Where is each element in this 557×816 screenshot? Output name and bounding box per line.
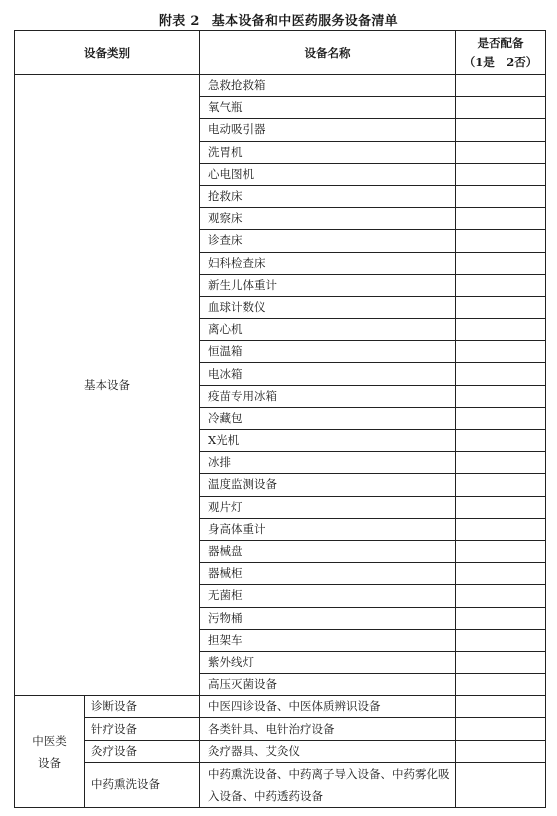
configured-cell[interactable] xyxy=(456,674,546,696)
title-text: 基本设备和中医药服务设备清单 xyxy=(212,14,398,29)
configured-cell[interactable] xyxy=(456,718,546,740)
configured-cell[interactable] xyxy=(456,762,546,807)
configured-cell[interactable] xyxy=(456,452,546,474)
equipment-name: 污物桶 xyxy=(200,607,456,629)
configured-cell[interactable] xyxy=(456,474,546,496)
configured-cell[interactable] xyxy=(456,629,546,651)
configured-cell[interactable] xyxy=(456,430,546,452)
equipment-table: 设备类别 设备名称 是否配备 （1是 2否） 基本设备急救抢救箱氧气瓶电动吸引器… xyxy=(14,30,546,808)
configured-cell[interactable] xyxy=(456,319,546,341)
configured-cell[interactable] xyxy=(456,385,546,407)
equipment-name: 器械柜 xyxy=(200,563,456,585)
configured-cell[interactable] xyxy=(456,363,546,385)
header-name: 设备名称 xyxy=(200,31,456,75)
title-prefix: 附表 2 xyxy=(159,14,200,29)
equipment-name: 冰排 xyxy=(200,452,456,474)
configured-cell[interactable] xyxy=(456,274,546,296)
equipment-name: 紫外线灯 xyxy=(200,651,456,673)
equipment-name: 电动吸引器 xyxy=(200,119,456,141)
configured-cell[interactable] xyxy=(456,75,546,97)
subcategory: 灸疗设备 xyxy=(85,740,200,762)
equipment-name: 冷藏包 xyxy=(200,407,456,429)
equipment-name: 妇科检查床 xyxy=(200,252,456,274)
equipment-name: 洗胃机 xyxy=(200,141,456,163)
configured-cell[interactable] xyxy=(456,230,546,252)
table-row: 中医类设备诊断设备中医四诊设备、中医体质辨识设备 xyxy=(15,696,546,718)
configured-cell[interactable] xyxy=(456,296,546,318)
header-configured-line2: （1是 2否） xyxy=(456,53,545,72)
subcategory: 诊断设备 xyxy=(85,696,200,718)
configured-cell[interactable] xyxy=(456,119,546,141)
page-title: 附表 2基本设备和中医药服务设备清单 xyxy=(0,10,557,29)
equipment-name: X光机 xyxy=(200,430,456,452)
configured-cell[interactable] xyxy=(456,696,546,718)
header-category: 设备类别 xyxy=(15,31,200,75)
table-row: 基本设备急救抢救箱 xyxy=(15,75,546,97)
equipment-name: 器械盘 xyxy=(200,540,456,562)
equipment-name: 中药熏洗设备、中药离子导入设备、中药雾化吸入设备、中药透药设备 xyxy=(200,762,456,807)
equipment-name: 身高体重计 xyxy=(200,518,456,540)
equipment-name: 高压灭菌设备 xyxy=(200,674,456,696)
equipment-name: 抢救床 xyxy=(200,185,456,207)
configured-cell[interactable] xyxy=(456,141,546,163)
configured-cell[interactable] xyxy=(456,740,546,762)
header-configured: 是否配备 （1是 2否） xyxy=(456,31,546,75)
configured-cell[interactable] xyxy=(456,540,546,562)
header-row: 设备类别 设备名称 是否配备 （1是 2否） xyxy=(15,31,546,75)
equipment-name: 血球计数仪 xyxy=(200,296,456,318)
configured-cell[interactable] xyxy=(456,208,546,230)
category-tcm-line2: 设备 xyxy=(15,752,84,774)
equipment-name: 氧气瓶 xyxy=(200,97,456,119)
table-row: 针疗设备各类针具、电针治疗设备 xyxy=(15,718,546,740)
category-tcm-line1: 中医类 xyxy=(15,730,84,752)
equipment-name: 诊查床 xyxy=(200,230,456,252)
equipment-name: 各类针具、电针治疗设备 xyxy=(200,718,456,740)
equipment-name: 离心机 xyxy=(200,319,456,341)
category-basic: 基本设备 xyxy=(15,75,200,696)
category-tcm: 中医类设备 xyxy=(15,696,85,808)
equipment-name: 中医四诊设备、中医体质辨识设备 xyxy=(200,696,456,718)
equipment-name: 温度监测设备 xyxy=(200,474,456,496)
equipment-name: 灸疗器具、艾灸仪 xyxy=(200,740,456,762)
configured-cell[interactable] xyxy=(456,252,546,274)
configured-cell[interactable] xyxy=(456,341,546,363)
equipment-name: 无菌柜 xyxy=(200,585,456,607)
configured-cell[interactable] xyxy=(456,585,546,607)
table-row: 中药熏洗设备中药熏洗设备、中药离子导入设备、中药雾化吸入设备、中药透药设备 xyxy=(15,762,546,807)
configured-cell[interactable] xyxy=(456,407,546,429)
equipment-name: 疫苗专用冰箱 xyxy=(200,385,456,407)
configured-cell[interactable] xyxy=(456,163,546,185)
table-row: 灸疗设备灸疗器具、艾灸仪 xyxy=(15,740,546,762)
equipment-name: 新生儿体重计 xyxy=(200,274,456,296)
configured-cell[interactable] xyxy=(456,563,546,585)
equipment-name: 电冰箱 xyxy=(200,363,456,385)
equipment-name: 心电图机 xyxy=(200,163,456,185)
equipment-name: 恒温箱 xyxy=(200,341,456,363)
equipment-name: 急救抢救箱 xyxy=(200,75,456,97)
header-configured-line1: 是否配备 xyxy=(456,34,545,53)
configured-cell[interactable] xyxy=(456,496,546,518)
subcategory: 中药熏洗设备 xyxy=(85,762,200,807)
subcategory: 针疗设备 xyxy=(85,718,200,740)
configured-cell[interactable] xyxy=(456,651,546,673)
configured-cell[interactable] xyxy=(456,607,546,629)
configured-cell[interactable] xyxy=(456,185,546,207)
equipment-name: 担架车 xyxy=(200,629,456,651)
configured-cell[interactable] xyxy=(456,518,546,540)
equipment-name: 观察床 xyxy=(200,208,456,230)
equipment-name: 观片灯 xyxy=(200,496,456,518)
configured-cell[interactable] xyxy=(456,97,546,119)
